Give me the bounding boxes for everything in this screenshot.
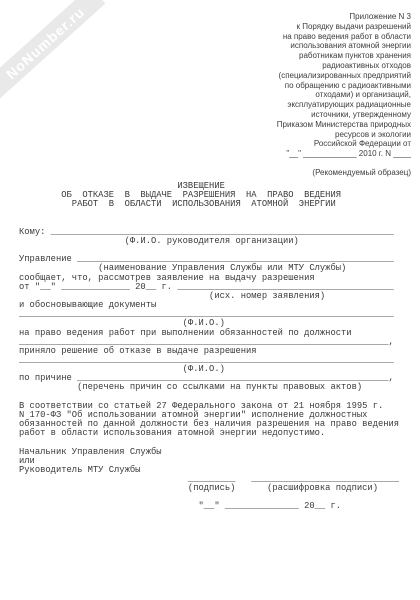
document-page: NoNumber.ru Приложение N 3 к Порядку выд… [0,0,420,600]
notice-form-body: ИЗВЕЩЕНИЕ ОБ ОТКАЗЕ В ВЫДАЧЕ РАЗРЕШЕНИЯ … [19,182,399,512]
appendix-header: Приложение N 3 к Порядку выдачи разрешен… [277,12,411,159]
recommended-sample-label: (Рекомендуемый образец) [312,168,411,177]
watermark-text: NoNumber.ru [3,3,88,82]
watermark-ribbon: NoNumber.ru [0,0,105,99]
